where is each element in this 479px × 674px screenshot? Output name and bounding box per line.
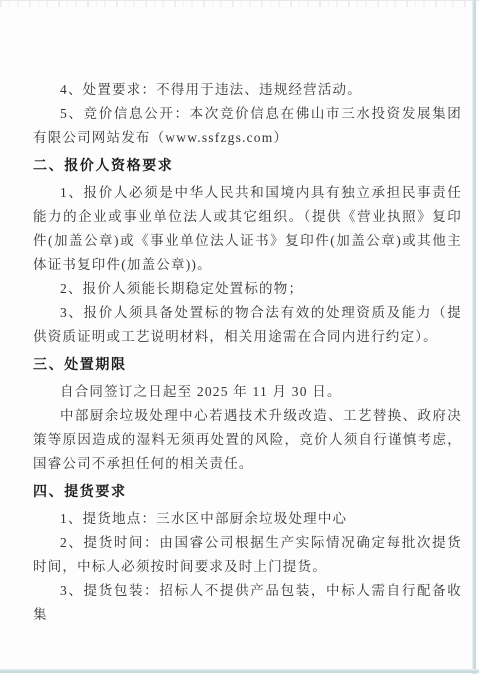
document-page: 4、处置要求：不得用于违法、违规经营活动。5、竞价信息公开：本次竞价信息在佛山市…	[0, 0, 479, 674]
paragraph: 中部厨余垃圾处理中心若遇技术升级改造、工艺替换、政府决策等原因造成的湿料无须再处…	[33, 404, 462, 476]
page-edge-right	[472, 0, 476, 674]
page-edge-bottom	[0, 669, 479, 673]
section-heading: 三、处置期限	[33, 352, 462, 376]
paragraph: 自合同签订之日起至 2025 年 11 月 30 日。	[33, 380, 462, 404]
paragraph: 3、提货包装：招标人不提供产品包装，中标人需自行配备收集	[33, 579, 462, 627]
paragraph: 3、报价人须具备处置标的物合法有效的处理资质及能力（提供资质证明或工艺说明材料，…	[33, 301, 462, 349]
document-body: 4、处置要求：不得用于违法、违规经营活动。5、竞价信息公开：本次竞价信息在佛山市…	[33, 78, 462, 627]
paragraph: 4、处置要求：不得用于违法、违规经营活动。	[33, 78, 462, 102]
paragraph: 1、报价人必须是中华人民共和国境内具有独立承担民事责任能力的企业或事业单位法人或…	[33, 181, 462, 277]
paragraph: 2、报价人须能长期稳定处置标的物；	[33, 277, 462, 301]
section-heading: 二、报价人资格要求	[33, 153, 462, 177]
paragraph: 1、提货地点：三水区中部厨余垃圾处理中心	[33, 507, 462, 531]
paragraph: 5、竞价信息公开：本次竞价信息在佛山市三水投资发展集团有限公司网站发布（www.…	[33, 102, 462, 150]
scan-noise-band	[0, 0, 479, 7]
paragraph: 2、提货时间：由国睿公司根据生产实际情况确定每批次提货时间，中标人必须按时间要求…	[33, 531, 462, 579]
section-heading: 四、提货要求	[33, 479, 462, 503]
